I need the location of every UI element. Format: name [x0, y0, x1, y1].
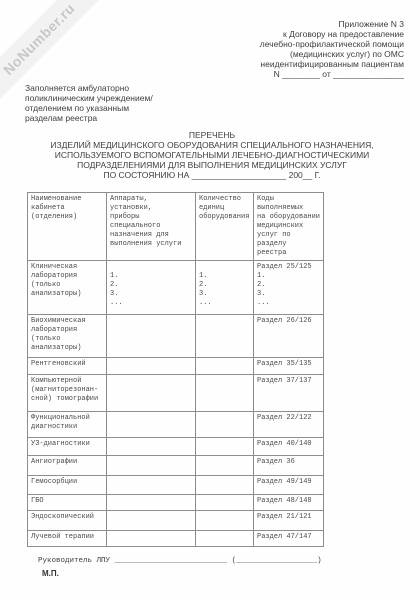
table-row: Биохимическая лаборатория (только анализ…: [28, 315, 324, 358]
table-row: Функциональной диагностики Раздел 22/122: [28, 412, 324, 438]
cell-codes: Раздел 37/137: [254, 375, 324, 412]
cell-codes: Раздел 25/125 1. 2. 3. ...: [254, 261, 324, 315]
cell-apparatus: [107, 511, 196, 531]
cell-cabinet: Биохимическая лаборатория (только анализ…: [28, 315, 107, 358]
appendix-line: (медицинских услуг) по ОМС: [260, 49, 404, 59]
title-line: ИСПОЛЬЗУЕМОГО ВСПОМОГАТЕЛЬНЫМИ ЛЕЧЕБНО-Д…: [8, 150, 416, 160]
table-header-row: Наименование кабинета (отделения) Аппара…: [28, 193, 324, 261]
note-line: разделам реестра: [25, 113, 153, 123]
cell-quantity: [196, 495, 254, 511]
header-apparatus: Аппараты, установки, приборы специальног…: [107, 193, 196, 261]
cell-apparatus: [107, 456, 196, 476]
cell-codes: Раздел 40/140: [254, 438, 324, 456]
cell-apparatus: [107, 495, 196, 511]
equipment-table: Наименование кабинета (отделения) Аппара…: [27, 192, 324, 547]
cell-codes: Раздел 22/122: [254, 412, 324, 438]
table-row: Эндоскопический Раздел 21/121: [28, 511, 324, 531]
cell-apparatus: [107, 476, 196, 495]
cell-cabinet: ГБО: [28, 495, 107, 511]
cell-quantity: [196, 438, 254, 456]
signature-blank: _________________________: [115, 557, 228, 565]
cell-quantity: [196, 456, 254, 476]
cell-cabinet: Рентгеновский: [28, 358, 107, 375]
note-line: Заполняется амбулаторно: [25, 83, 153, 93]
cell-apparatus: [107, 375, 196, 412]
cell-quantity: 1. 2. 3. ...: [196, 261, 254, 315]
title-line: ИЗДЕЛИЙ МЕДИЦИНСКОГО ОБОРУДОВАНИЯ СПЕЦИА…: [8, 140, 416, 150]
cell-quantity: [196, 358, 254, 375]
appendix-number-line: N ________ от _______________: [260, 69, 404, 79]
cell-quantity: [196, 375, 254, 412]
appendix-line: неидентифицированным пациентам: [260, 59, 404, 69]
header-codes: Коды выполняемых на оборудовании медицин…: [254, 193, 324, 261]
cell-quantity: [196, 476, 254, 495]
cell-apparatus: [107, 315, 196, 358]
cell-codes: Раздел 26/126: [254, 315, 324, 358]
cell-quantity: [196, 511, 254, 531]
header-cabinet: Наименование кабинета (отделения): [28, 193, 107, 261]
header-quantity: Количество единиц оборудования: [196, 193, 254, 261]
table-row: Лучевой терапии Раздел 47/147: [28, 531, 324, 547]
cell-quantity: [196, 315, 254, 358]
table-row: УЗ-диагностики Раздел 40/140: [28, 438, 324, 456]
title-date-line: ПО СОСТОЯНИЮ НА ____________________ 200…: [8, 170, 416, 180]
cell-apparatus: [107, 531, 196, 547]
signature-label: Руководитель ЛПУ: [38, 557, 110, 565]
cell-codes: Раздел 48/148: [254, 495, 324, 511]
filling-note: Заполняется амбулаторно поликлиническим …: [25, 83, 153, 123]
cell-codes: Раздел 36: [254, 456, 324, 476]
document-title: ПЕРЕЧЕНЬ ИЗДЕЛИЙ МЕДИЦИНСКОГО ОБОРУДОВАН…: [8, 130, 416, 180]
cell-cabinet: Эндоскопический: [28, 511, 107, 531]
table-row: Ангиографии Раздел 36: [28, 456, 324, 476]
signature-name-blank: (__________________): [232, 557, 322, 565]
table-row: Компьютерной (магниторезонан- сной) томо…: [28, 375, 324, 412]
cell-quantity: [196, 531, 254, 547]
table-row: ГБО Раздел 48/148: [28, 495, 324, 511]
cell-cabinet: Лучевой терапии: [28, 531, 107, 547]
cell-apparatus: [107, 412, 196, 438]
cell-cabinet: УЗ-диагностики: [28, 438, 107, 456]
cell-codes: Раздел 21/121: [254, 511, 324, 531]
cell-codes: Раздел 49/149: [254, 476, 324, 495]
title-line: ПОДРАЗДЕЛЕНИЯМИ ДЛЯ ВЫПОЛНЕНИЯ МЕДИЦИНСК…: [8, 160, 416, 170]
signature-line: Руководитель ЛПУ _______________________…: [38, 557, 322, 565]
appendix-line: лечебно-профилактической помощи: [260, 39, 404, 49]
cell-cabinet: Клиническая лаборатория (только анализат…: [28, 261, 107, 315]
cell-codes: Раздел 47/147: [254, 531, 324, 547]
stamp-text: М.П.: [42, 569, 59, 578]
table-row: Клиническая лаборатория (только анализат…: [28, 261, 324, 315]
title-line: ПЕРЕЧЕНЬ: [8, 130, 416, 140]
cell-quantity: [196, 412, 254, 438]
cell-apparatus: [107, 438, 196, 456]
appendix-header: Приложение N 3 к Договору на предоставле…: [260, 19, 404, 79]
note-line: отделением по указанным: [25, 103, 153, 113]
cell-apparatus: [107, 358, 196, 375]
cell-cabinet: Ангиографии: [28, 456, 107, 476]
watermark-text: NoNumber.ru: [0, 0, 78, 78]
appendix-line: к Договору на предоставление: [260, 29, 404, 39]
cell-cabinet: Функциональной диагностики: [28, 412, 107, 438]
scanned-form-page: NoNumber.ru Приложение N 3 к Договору на…: [0, 0, 420, 600]
cell-apparatus: 1. 2. 3. ...: [107, 261, 196, 315]
cell-cabinet: Гемосорбции: [28, 476, 107, 495]
table-row: Гемосорбции Раздел 49/149: [28, 476, 324, 495]
cell-codes: Раздел 35/135: [254, 358, 324, 375]
stamp-mark: М.П.: [42, 569, 59, 578]
cell-cabinet: Компьютерной (магниторезонан- сной) томо…: [28, 375, 107, 412]
note-line: поликлиническим учреждением/: [25, 93, 153, 103]
table-row: Рентгеновский Раздел 35/135: [28, 358, 324, 375]
appendix-line: Приложение N 3: [260, 19, 404, 29]
